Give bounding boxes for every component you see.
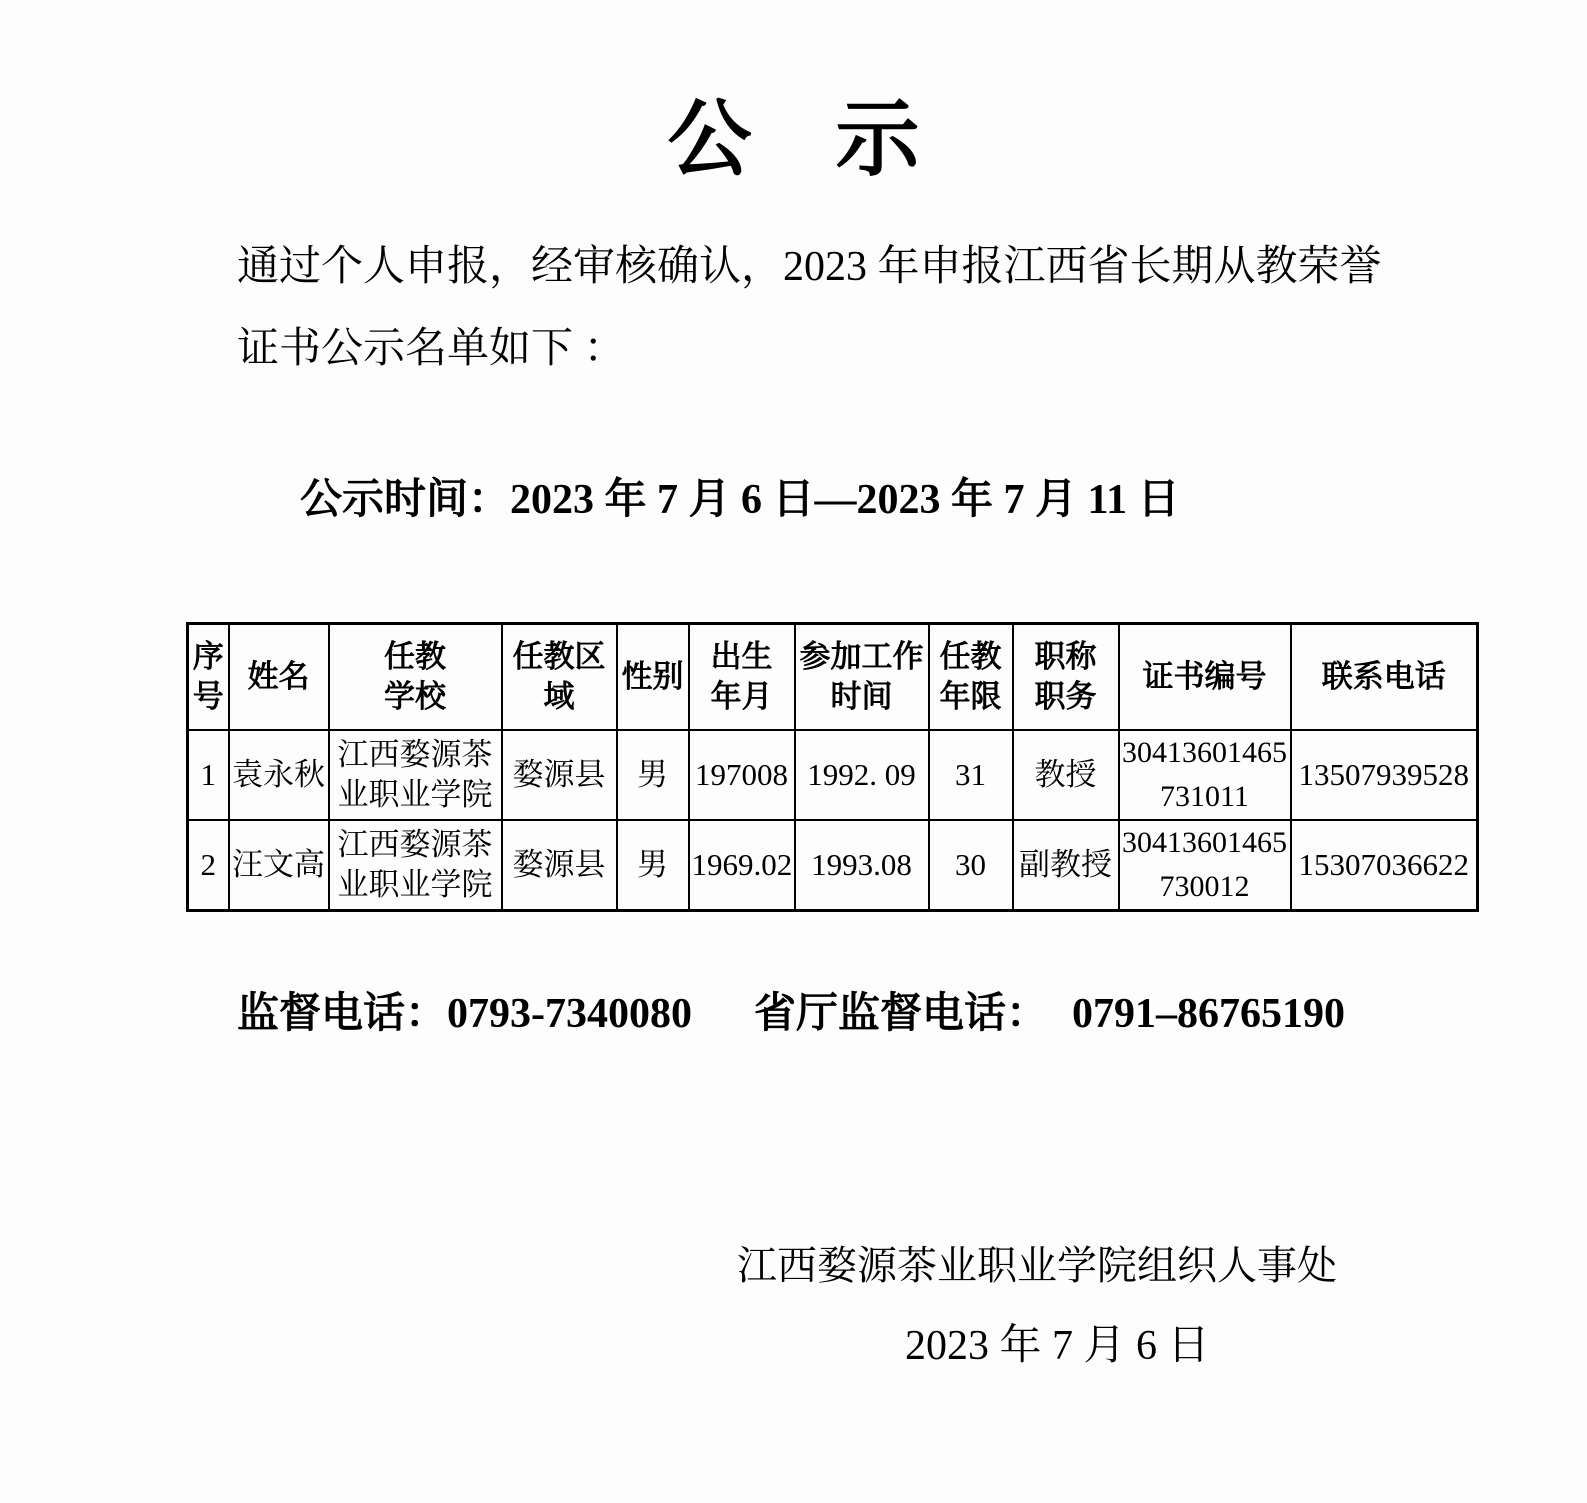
header-serial-number: 序 号: [188, 624, 229, 730]
cell-gender: 男: [617, 820, 689, 911]
intro-line-1: 通过个人申报，经审核确认，2023 年申报江西省长期从教荣誉: [237, 226, 1417, 308]
header-teaching-school: 任教 学校: [329, 624, 502, 730]
cell-name: 袁永秋: [229, 730, 329, 820]
table-header-row: 序 号 姓名 任教 学校 任教区 域 性别 出生 年月 参加工作 时间 任教 年…: [188, 624, 1478, 730]
cell-serial-number: 1: [188, 730, 229, 820]
cell-certificate-number: 30413601465731011: [1119, 730, 1291, 820]
signature-date: 2023 年 7 月 6 日: [905, 1318, 1210, 1374]
header-title-position: 职称 职务: [1013, 624, 1119, 730]
cell-contact-phone: 13507939528: [1291, 730, 1478, 820]
cell-teaching-school: 江西婺源茶业职业学院: [329, 730, 502, 820]
intro-paragraph: 通过个人申报，经审核确认，2023 年申报江西省长期从教荣誉 证书公示名单如下 …: [237, 226, 1417, 390]
table-row: 1 袁永秋 江西婺源茶业职业学院 婺源县 男 197008 1992. 09 3…: [188, 730, 1478, 820]
cell-work-start-time: 1993.08: [795, 820, 929, 911]
cell-serial-number: 2: [188, 820, 229, 911]
header-certificate-number: 证书编号: [1119, 624, 1291, 730]
cell-birth-date: 197008: [689, 730, 795, 820]
header-work-start-time: 参加工作 时间: [795, 624, 929, 730]
cell-name: 汪文高: [229, 820, 329, 911]
header-gender: 性别: [617, 624, 689, 730]
header-name: 姓名: [229, 624, 329, 730]
local-supervision-phone: 0793-7340080: [447, 991, 692, 1037]
cell-teaching-years: 30: [929, 820, 1013, 911]
intro-line-2: 证书公示名单如下 ：: [237, 308, 1417, 390]
signature-organization: 江西婺源茶业职业学院组织人事处: [737, 1238, 1337, 1294]
cell-teaching-region: 婺源县: [502, 820, 617, 911]
table-row: 2 汪文高 江西婺源茶业职业学院 婺源县 男 1969.02 1993.08 3…: [188, 820, 1478, 911]
header-contact-phone: 联系电话: [1291, 624, 1478, 730]
honor-roster-table: 序 号 姓名 任教 学校 任教区 域 性别 出生 年月 参加工作 时间 任教 年…: [186, 622, 1479, 912]
provincial-supervision-label: 省厅监督电话：: [754, 991, 1048, 1037]
cell-title-position: 教授: [1013, 730, 1119, 820]
header-teaching-region: 任教区 域: [502, 624, 617, 730]
cell-work-start-time: 1992. 09: [795, 730, 929, 820]
local-supervision-label: 监督电话：: [237, 991, 447, 1037]
page-title: 公 示: [0, 88, 1587, 193]
cell-teaching-region: 婺源县: [502, 730, 617, 820]
cell-title-position: 副教授: [1013, 820, 1119, 911]
cell-gender: 男: [617, 730, 689, 820]
cell-teaching-years: 31: [929, 730, 1013, 820]
publicity-period: 公示时间：2023 年 7 月 6 日—2023 年 7 月 11 日: [300, 470, 1180, 530]
supervision-phone-line: 监督电话：0793-7340080省厅监督电话：0791–86765190: [237, 984, 1345, 1044]
cell-birth-date: 1969.02: [689, 820, 795, 911]
cell-certificate-number: 30413601465730012: [1119, 820, 1291, 911]
cell-teaching-school: 江西婺源茶业职业学院: [329, 820, 502, 911]
cell-contact-phone: 15307036622: [1291, 820, 1478, 911]
header-birth-date: 出生 年月: [689, 624, 795, 730]
notice-page: 公 示 通过个人申报，经审核确认，2023 年申报江西省长期从教荣誉 证书公示名…: [0, 0, 1587, 1503]
header-teaching-years: 任教 年限: [929, 624, 1013, 730]
provincial-supervision-phone: 0791–86765190: [1072, 991, 1345, 1037]
